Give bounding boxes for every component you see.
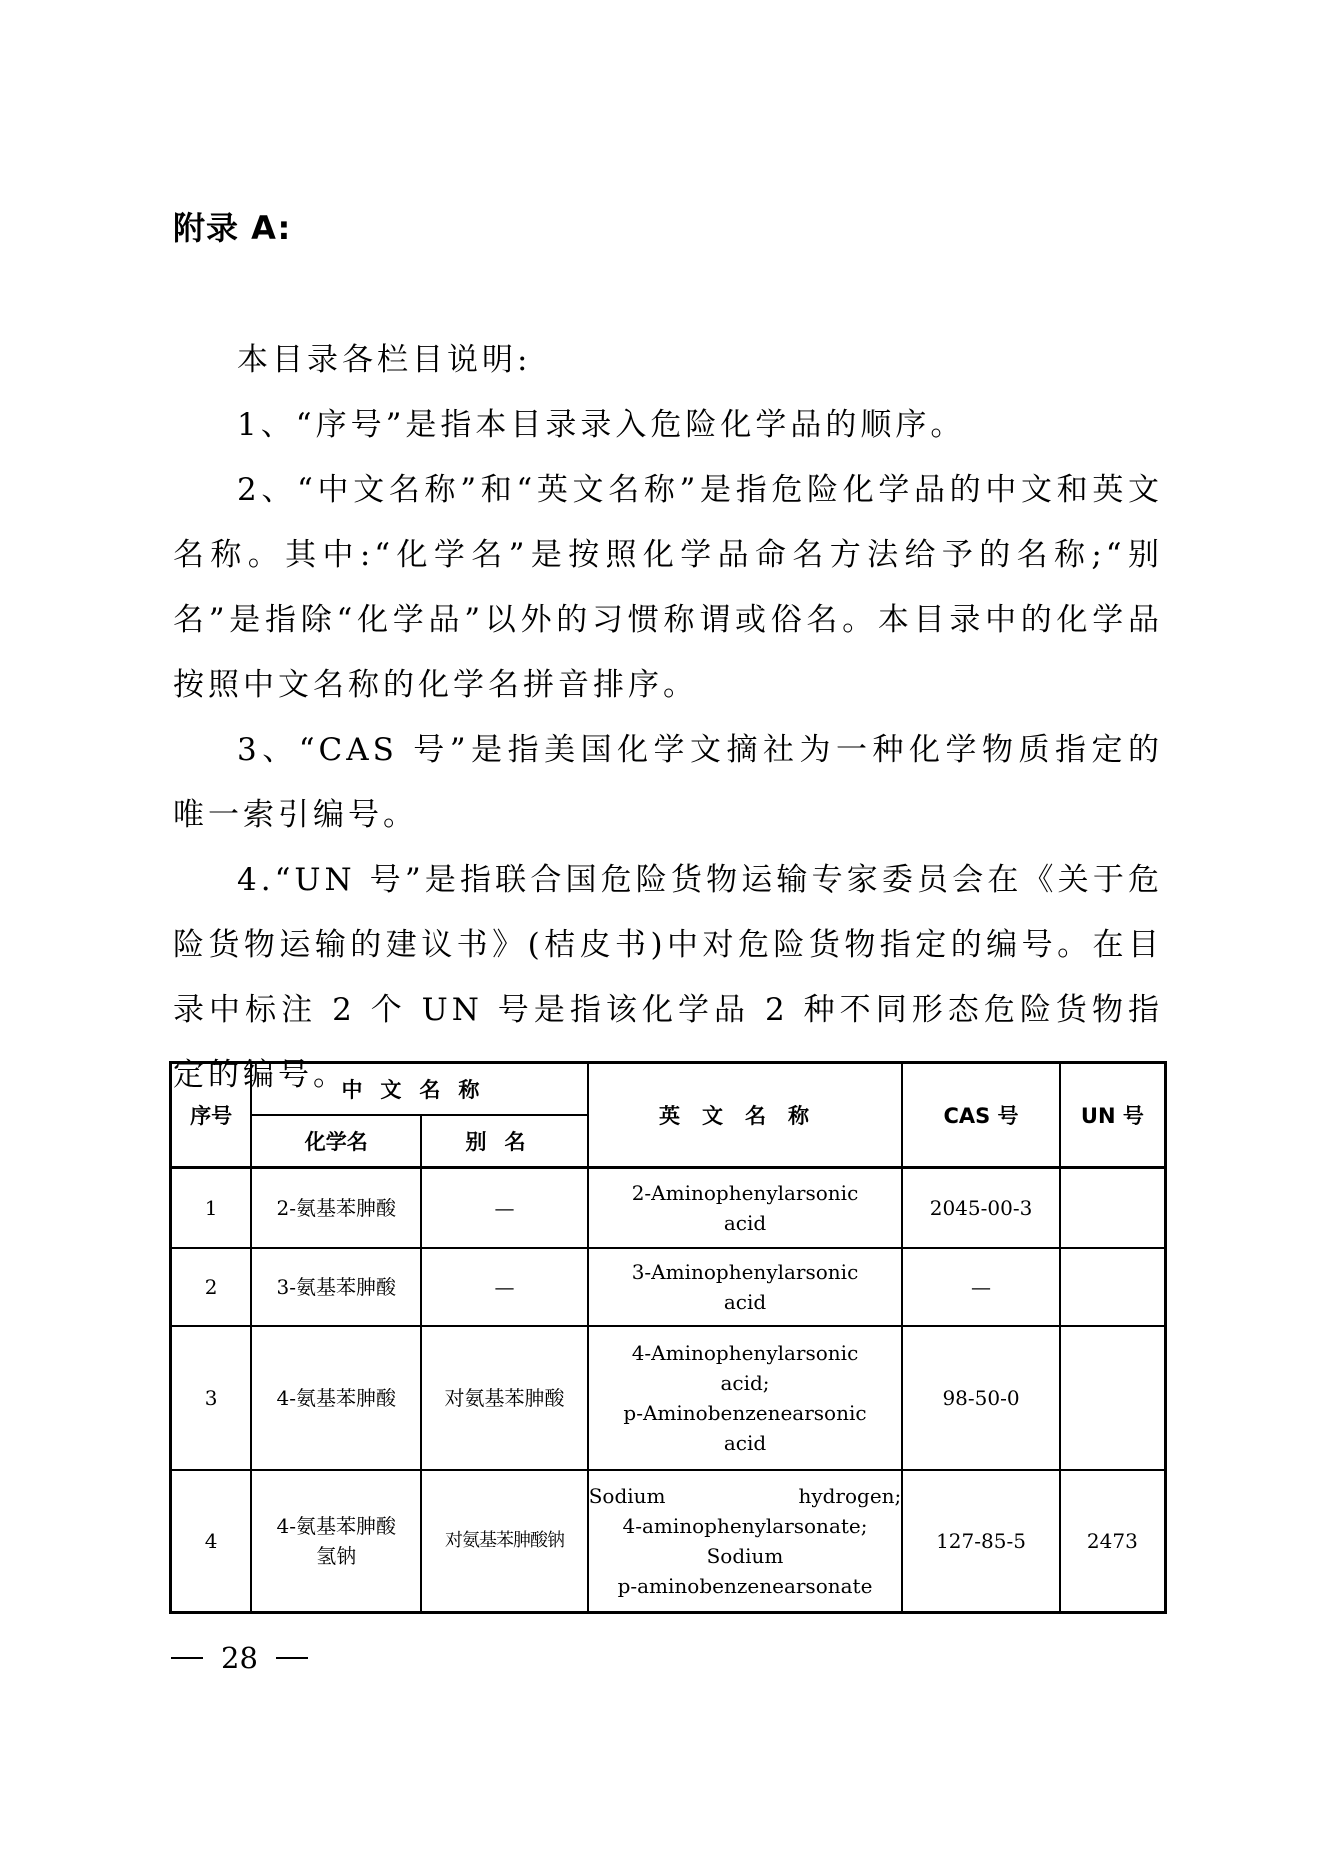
cell-un bbox=[1060, 1248, 1166, 1326]
cell-chemical-name: 2-氨基苯胂酸 bbox=[251, 1168, 421, 1248]
chemical-name-line: 4-氨基苯胂酸 bbox=[252, 1511, 420, 1541]
english-name-line: p-aminobenzenearsonate bbox=[589, 1571, 902, 1601]
cell-seq: 1 bbox=[171, 1168, 252, 1248]
description-item-2: 2、“中文名称”和“英文名称”是指危险化学品的中文和英文名称。其中:“化学名”是… bbox=[173, 458, 1163, 718]
english-name-line: Sodium bbox=[589, 1541, 902, 1571]
header-seq: 序号 bbox=[171, 1063, 252, 1168]
cell-seq: 4 bbox=[171, 1470, 252, 1613]
header-un: UN 号 bbox=[1060, 1063, 1166, 1168]
cell-english-name: 4-Aminophenylarsonic acid; p-Aminobenzen… bbox=[588, 1326, 903, 1470]
cell-english-name: 3-Aminophenylarsonic acid bbox=[588, 1248, 903, 1326]
table-row: 4 4-氨基苯胂酸 氢钠 对氨基苯胂酸钠 Sodium hydrogen; 4-… bbox=[171, 1470, 1166, 1613]
dash-right bbox=[276, 1657, 308, 1659]
cell-seq: 2 bbox=[171, 1248, 252, 1326]
cell-english-name: 2-Aminophenylarsonic acid bbox=[588, 1168, 903, 1248]
cell-cas: — bbox=[902, 1248, 1059, 1326]
description-item-3: 3、“CAS 号”是指美国化学文摘社为一种化学物质指定的唯一索引编号。 bbox=[173, 718, 1163, 848]
document-page: 附录 A: 本目录各栏目说明: 1、“序号”是指本目录录入危险化学品的顺序。 2… bbox=[0, 0, 1323, 1871]
cell-un bbox=[1060, 1326, 1166, 1470]
hazardous-chemicals-table: 序号 中文名称 英文名称 CAS 号 UN 号 化学名 别名 1 2-氨基苯胂酸… bbox=[169, 1061, 1167, 1614]
dash-left bbox=[171, 1657, 203, 1659]
table-row: 1 2-氨基苯胂酸 — 2-Aminophenylarsonic acid 20… bbox=[171, 1168, 1166, 1248]
cell-seq: 3 bbox=[171, 1326, 252, 1470]
cell-chemical-name: 4-氨基苯胂酸 氢钠 bbox=[251, 1470, 421, 1613]
header-cas: CAS 号 bbox=[902, 1063, 1059, 1168]
english-word: hydrogen; bbox=[798, 1481, 901, 1511]
english-name-line: acid; bbox=[589, 1368, 902, 1398]
page-footer: 28 bbox=[171, 1640, 308, 1676]
cell-english-name: Sodium hydrogen; 4-aminophenylarsonate; … bbox=[588, 1470, 903, 1613]
header-chemical-name: 化学名 bbox=[251, 1115, 421, 1168]
cell-alias: — bbox=[421, 1248, 587, 1326]
english-name-line: p-Aminobenzenearsonic bbox=[589, 1398, 902, 1428]
table-row: 3 4-氨基苯胂酸 对氨基苯胂酸 4-Aminophenylarsonic ac… bbox=[171, 1326, 1166, 1470]
header-english-name: 英文名称 bbox=[588, 1063, 903, 1168]
cell-cas: 98-50-0 bbox=[902, 1326, 1059, 1470]
intro-paragraph: 本目录各栏目说明: bbox=[173, 328, 1163, 393]
cell-chemical-name: 3-氨基苯胂酸 bbox=[251, 1248, 421, 1326]
english-name-line: acid bbox=[589, 1287, 902, 1317]
cell-cas: 127-85-5 bbox=[902, 1470, 1059, 1613]
page-number: 28 bbox=[221, 1640, 258, 1676]
column-description-section: 本目录各栏目说明: 1、“序号”是指本目录录入危险化学品的顺序。 2、“中文名称… bbox=[173, 328, 1163, 1108]
description-item-1: 1、“序号”是指本目录录入危险化学品的顺序。 bbox=[173, 393, 1163, 458]
english-name-line: 4-aminophenylarsonate; bbox=[589, 1511, 902, 1541]
header-chinese-name: 中文名称 bbox=[251, 1063, 588, 1116]
chemical-name-line: 氢钠 bbox=[252, 1541, 420, 1571]
table-row: 2 3-氨基苯胂酸 — 3-Aminophenylarsonic acid — bbox=[171, 1248, 1166, 1326]
english-name-line: acid bbox=[589, 1428, 902, 1458]
english-name-line: 2-Aminophenylarsonic bbox=[589, 1178, 902, 1208]
appendix-title: 附录 A: bbox=[173, 208, 291, 248]
english-name-line: 3-Aminophenylarsonic bbox=[589, 1257, 902, 1287]
english-name-line: 4-Aminophenylarsonic bbox=[589, 1338, 902, 1368]
english-name-line: Sodium hydrogen; bbox=[589, 1481, 902, 1511]
header-alias: 别名 bbox=[421, 1115, 587, 1168]
cell-un bbox=[1060, 1168, 1166, 1248]
cell-chemical-name: 4-氨基苯胂酸 bbox=[251, 1326, 421, 1470]
english-word: Sodium bbox=[589, 1481, 666, 1511]
english-name-line: acid bbox=[589, 1208, 902, 1238]
cell-cas: 2045-00-3 bbox=[902, 1168, 1059, 1248]
cell-un: 2473 bbox=[1060, 1470, 1166, 1613]
cell-alias: 对氨基苯胂酸 bbox=[421, 1326, 587, 1470]
cell-alias: 对氨基苯胂酸钠 bbox=[421, 1470, 587, 1613]
cell-alias: — bbox=[421, 1168, 587, 1248]
